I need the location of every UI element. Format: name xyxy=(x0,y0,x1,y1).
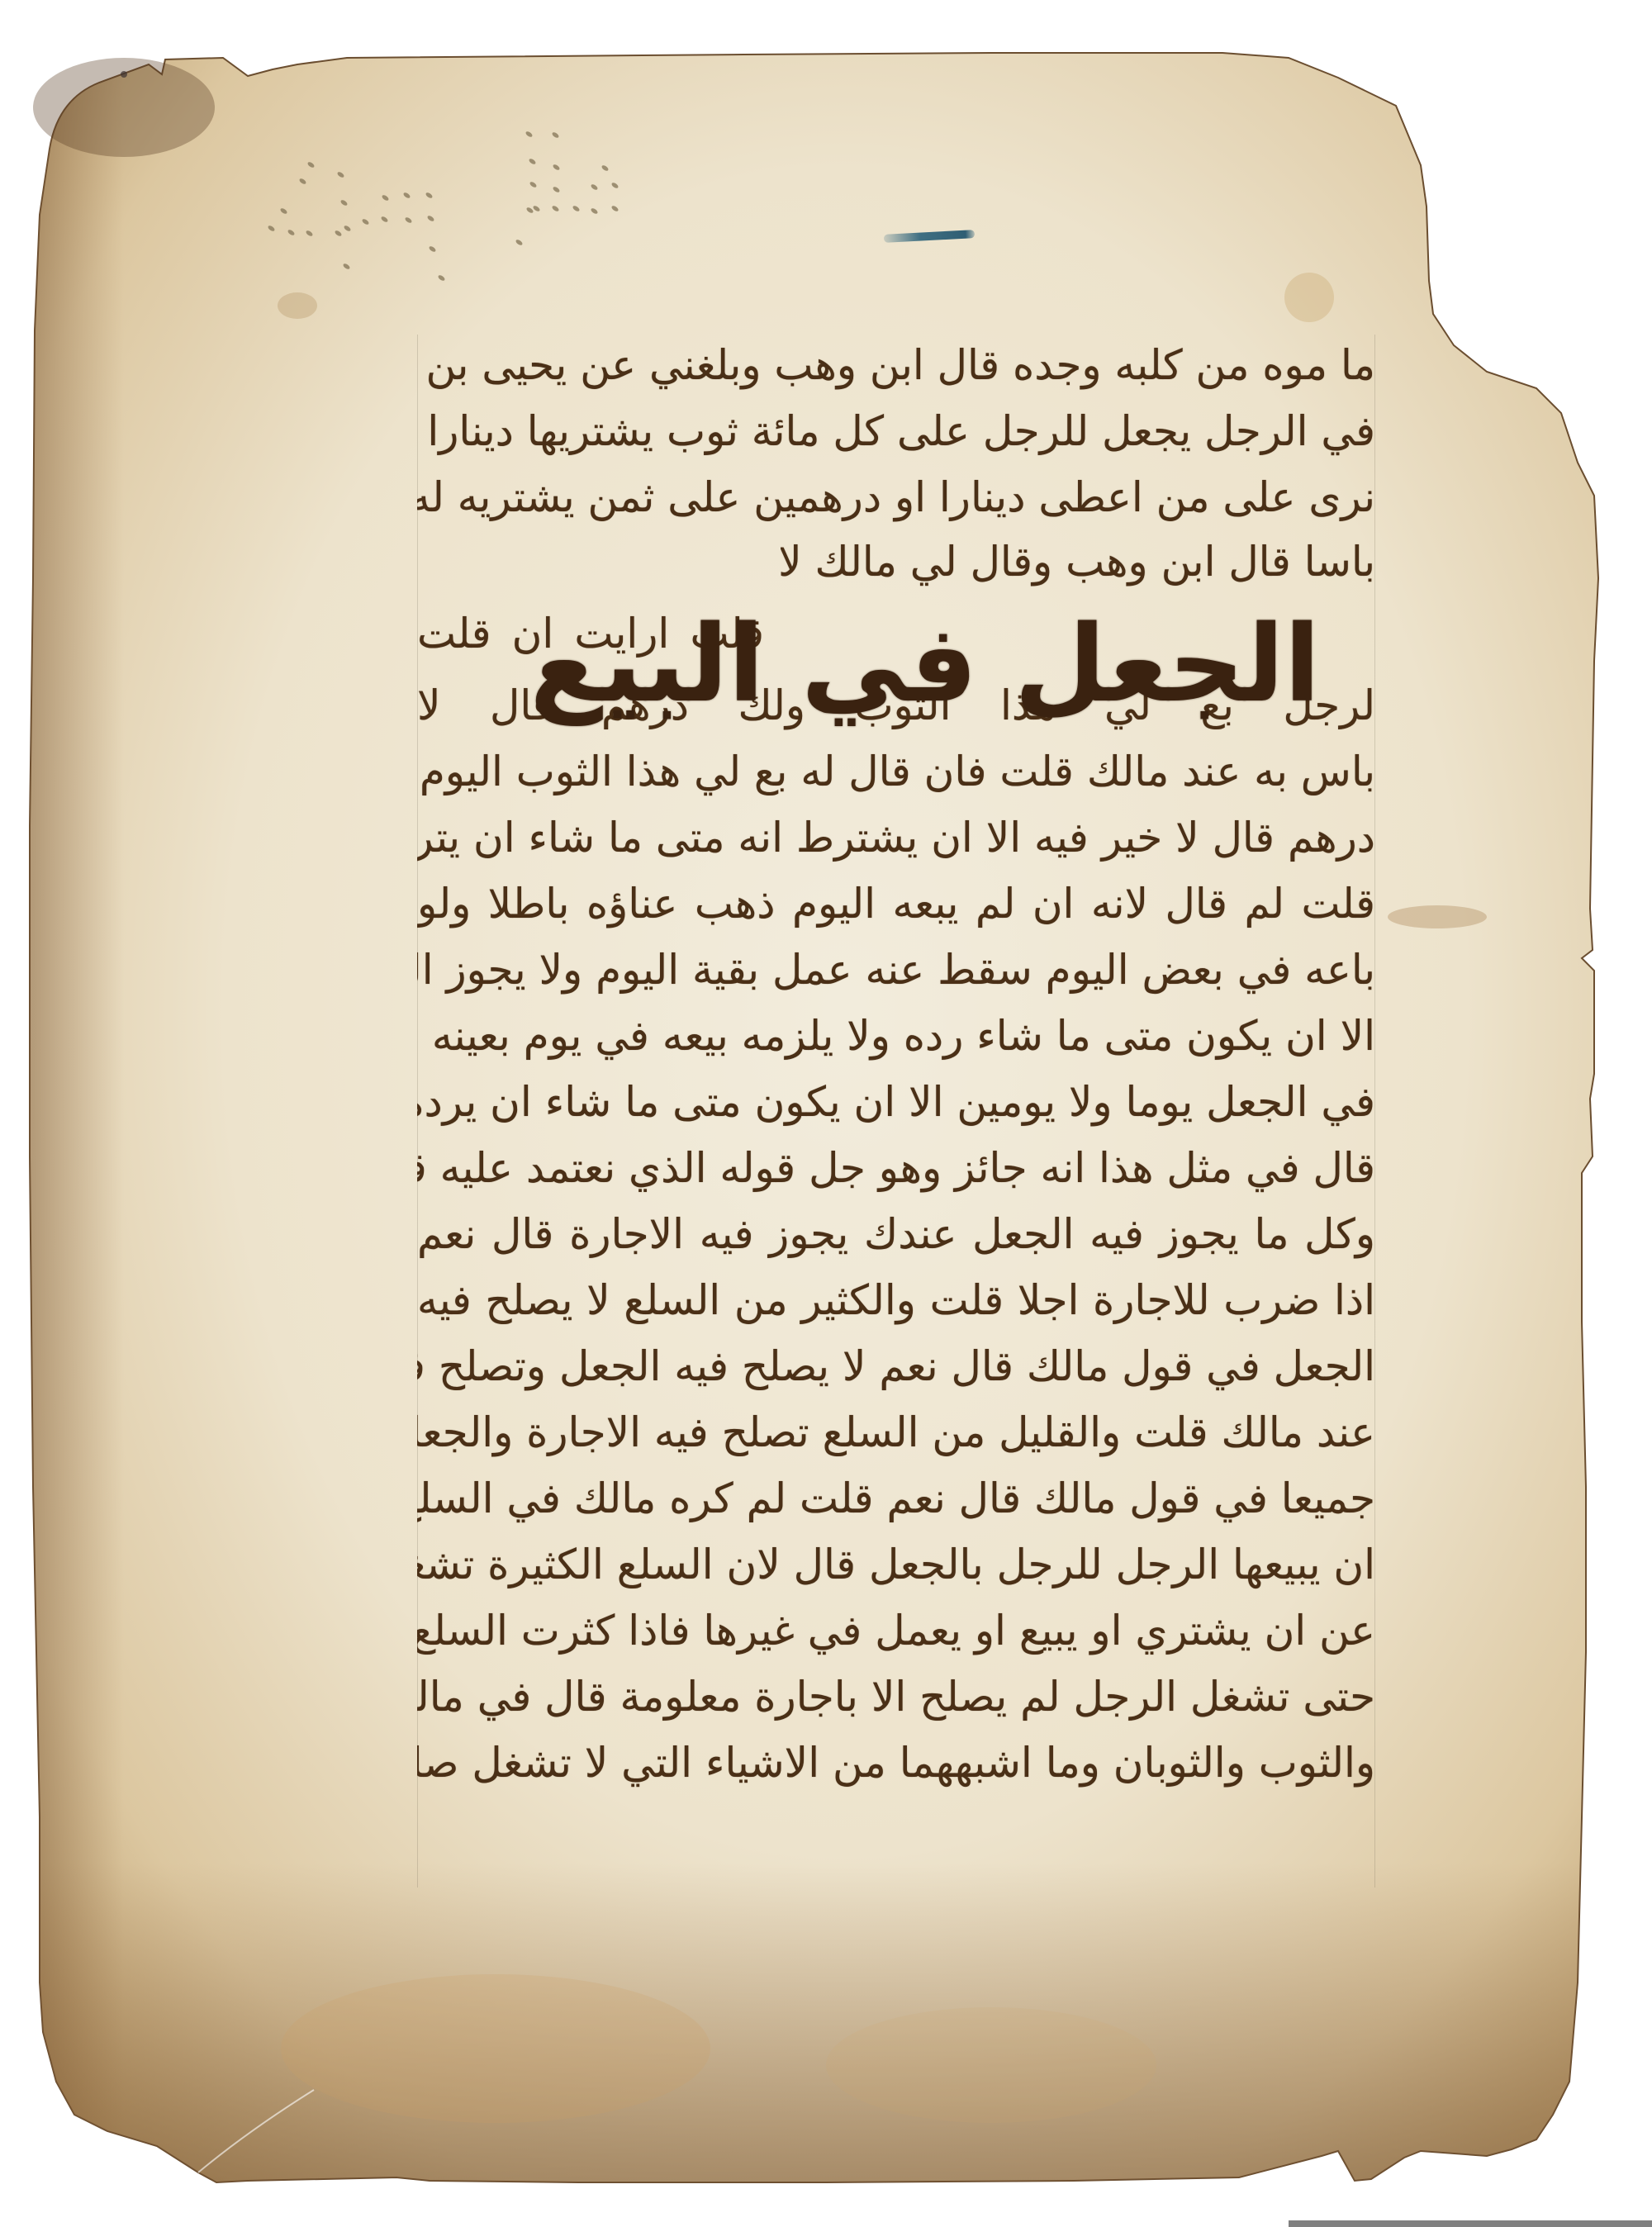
text-line-20: عن ان يشتري او يبيع او يعمل في غيرها فاذ… xyxy=(417,1600,1375,1661)
text-line-21: حتى تشغل الرجل لم يصلح الا باجارة معلومة… xyxy=(417,1666,1375,1727)
manuscript-leaf: ما موه من كلبه وجده قال ابن وهب وبلغني ع… xyxy=(0,0,1652,2227)
text-line-19: ان يبيعها الرجل للرجل بالجعل قال لان الس… xyxy=(417,1534,1375,1595)
text-line-11: الا ان يكون متى ما شاء رده ولا يلزمه بيع… xyxy=(417,1005,1375,1066)
text-line-16: الجعل في قول مالك قال نعم لا يصلح فيه ال… xyxy=(417,1336,1375,1397)
text-line-14: وكل ما يجوز فيه الجعل عندك يجوز فيه الاج… xyxy=(417,1204,1375,1265)
text-line-18: جميعا في قول مالك قال نعم قلت لم كره مال… xyxy=(417,1468,1375,1529)
footer-bar xyxy=(1289,2220,1652,2227)
text-line-13: قال في مثل هذا انه جائز وهو جل قوله الذي… xyxy=(417,1137,1375,1199)
text-line-15: اذا ضرب للاجارة اجلا قلت والكثير من السل… xyxy=(417,1270,1375,1331)
text-line-8: درهم قال لا خير فيه الا ان يشترط انه متى… xyxy=(417,807,1375,868)
text-block: ما موه من كلبه وجده قال ابن وهب وبلغني ع… xyxy=(417,335,1375,1887)
text-line-10: باعه في بعض اليوم سقط عنه عمل بقية اليوم… xyxy=(417,939,1375,1000)
text-line-4: باسا قال ابن وهب وقال لي مالك لا باس بذل… xyxy=(781,531,1375,592)
text-line-12: في الجعل يوما ولا يومين الا ان يكون متى … xyxy=(417,1071,1375,1132)
text-line-3: نرى على من اعطى دينارا او درهمين على ثمن… xyxy=(417,467,1375,528)
text-line-2: في الرجل يجعل للرجل على كل مائة ثوب يشتر… xyxy=(417,401,1375,462)
text-line-22: والثوب والثوبان وما اشبههما من الاشياء ا… xyxy=(417,1732,1375,1793)
section-heading: الجعل في البيع xyxy=(512,595,1338,735)
text-line-17: عند مالك قلت والقليل من السلع تصلح فيه ا… xyxy=(417,1402,1375,1463)
text-line-1: ما موه من كلبه وجده قال ابن وهب وبلغني ع… xyxy=(417,335,1375,396)
text-line-7: باس به عند مالك قلت فان قال له بع لي هذا… xyxy=(417,741,1375,802)
text-line-9: قلت لم قال لانه ان لم يبعه اليوم ذهب عنا… xyxy=(417,873,1375,934)
